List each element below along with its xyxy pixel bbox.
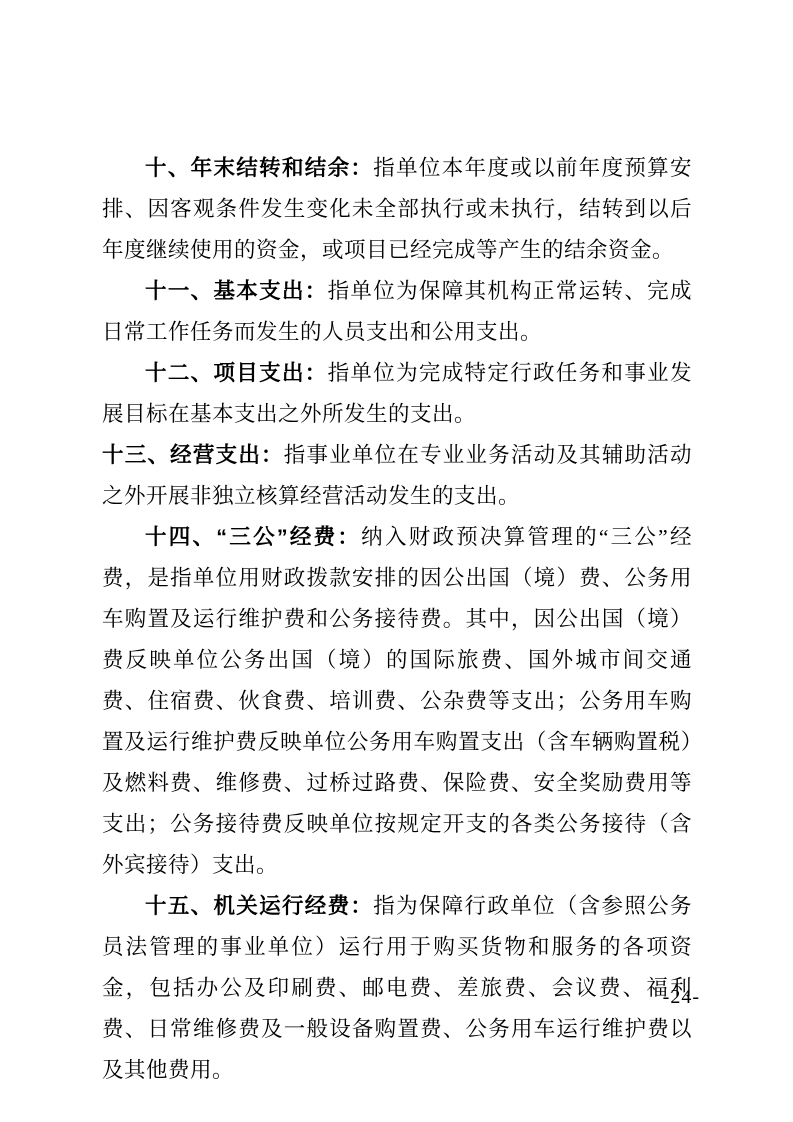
term-definition: 指为保障行政单位（含参照公务员法管理的事业单位）运行用于购买货物和服务的各项资金…: [102, 894, 692, 1082]
paragraph-basic-expenditure: 十一、基本支出：指单位为保障其机构正常运转、完成日常工作任务而发生的人员支出和公…: [102, 271, 692, 353]
paragraph-year-end-carryover: 十、年末结转和结余：指单位本年度或以前年度预算安排、因客观条件发生变化未全部执行…: [102, 148, 692, 271]
page-number: -24-: [663, 986, 700, 1009]
term-label: 十五、机关运行经费：: [145, 894, 373, 918]
paragraph-three-public-funds: 十四、“三公”经费：纳入财政预决算管理的“三公”经费，是指单位用财政拨款安排的因…: [102, 517, 692, 886]
term-definition: 纳入财政预决算管理的“三公”经费，是指单位用财政拨款安排的因公出国（境）费、公务…: [102, 525, 692, 877]
term-label: 十、年末结转和结余：: [145, 156, 373, 180]
document-page: 十、年末结转和结余：指单位本年度或以前年度预算安排、因客观条件发生变化未全部执行…: [0, 0, 793, 1122]
document-body: 十、年末结转和结余：指单位本年度或以前年度预算安排、因客观条件发生变化未全部执行…: [102, 148, 692, 1091]
paragraph-agency-operating-funds: 十五、机关运行经费：指为保障行政单位（含参照公务员法管理的事业单位）运行用于购买…: [102, 886, 692, 1091]
term-label: 十一、基本支出：: [145, 279, 328, 303]
term-label: 十二、项目支出：: [145, 361, 328, 385]
paragraph-project-expenditure: 十二、项目支出：指单位为完成特定行政任务和事业发展目标在基本支出之外所发生的支出…: [102, 353, 692, 435]
term-label: 十四、“三公”经费：: [145, 525, 361, 549]
term-label: 十三、经营支出：: [102, 443, 284, 467]
paragraph-operating-expenditure: 十三、经营支出：指事业单位在专业业务活动及其辅助活动之外开展非独立核算经营活动发…: [102, 435, 692, 517]
